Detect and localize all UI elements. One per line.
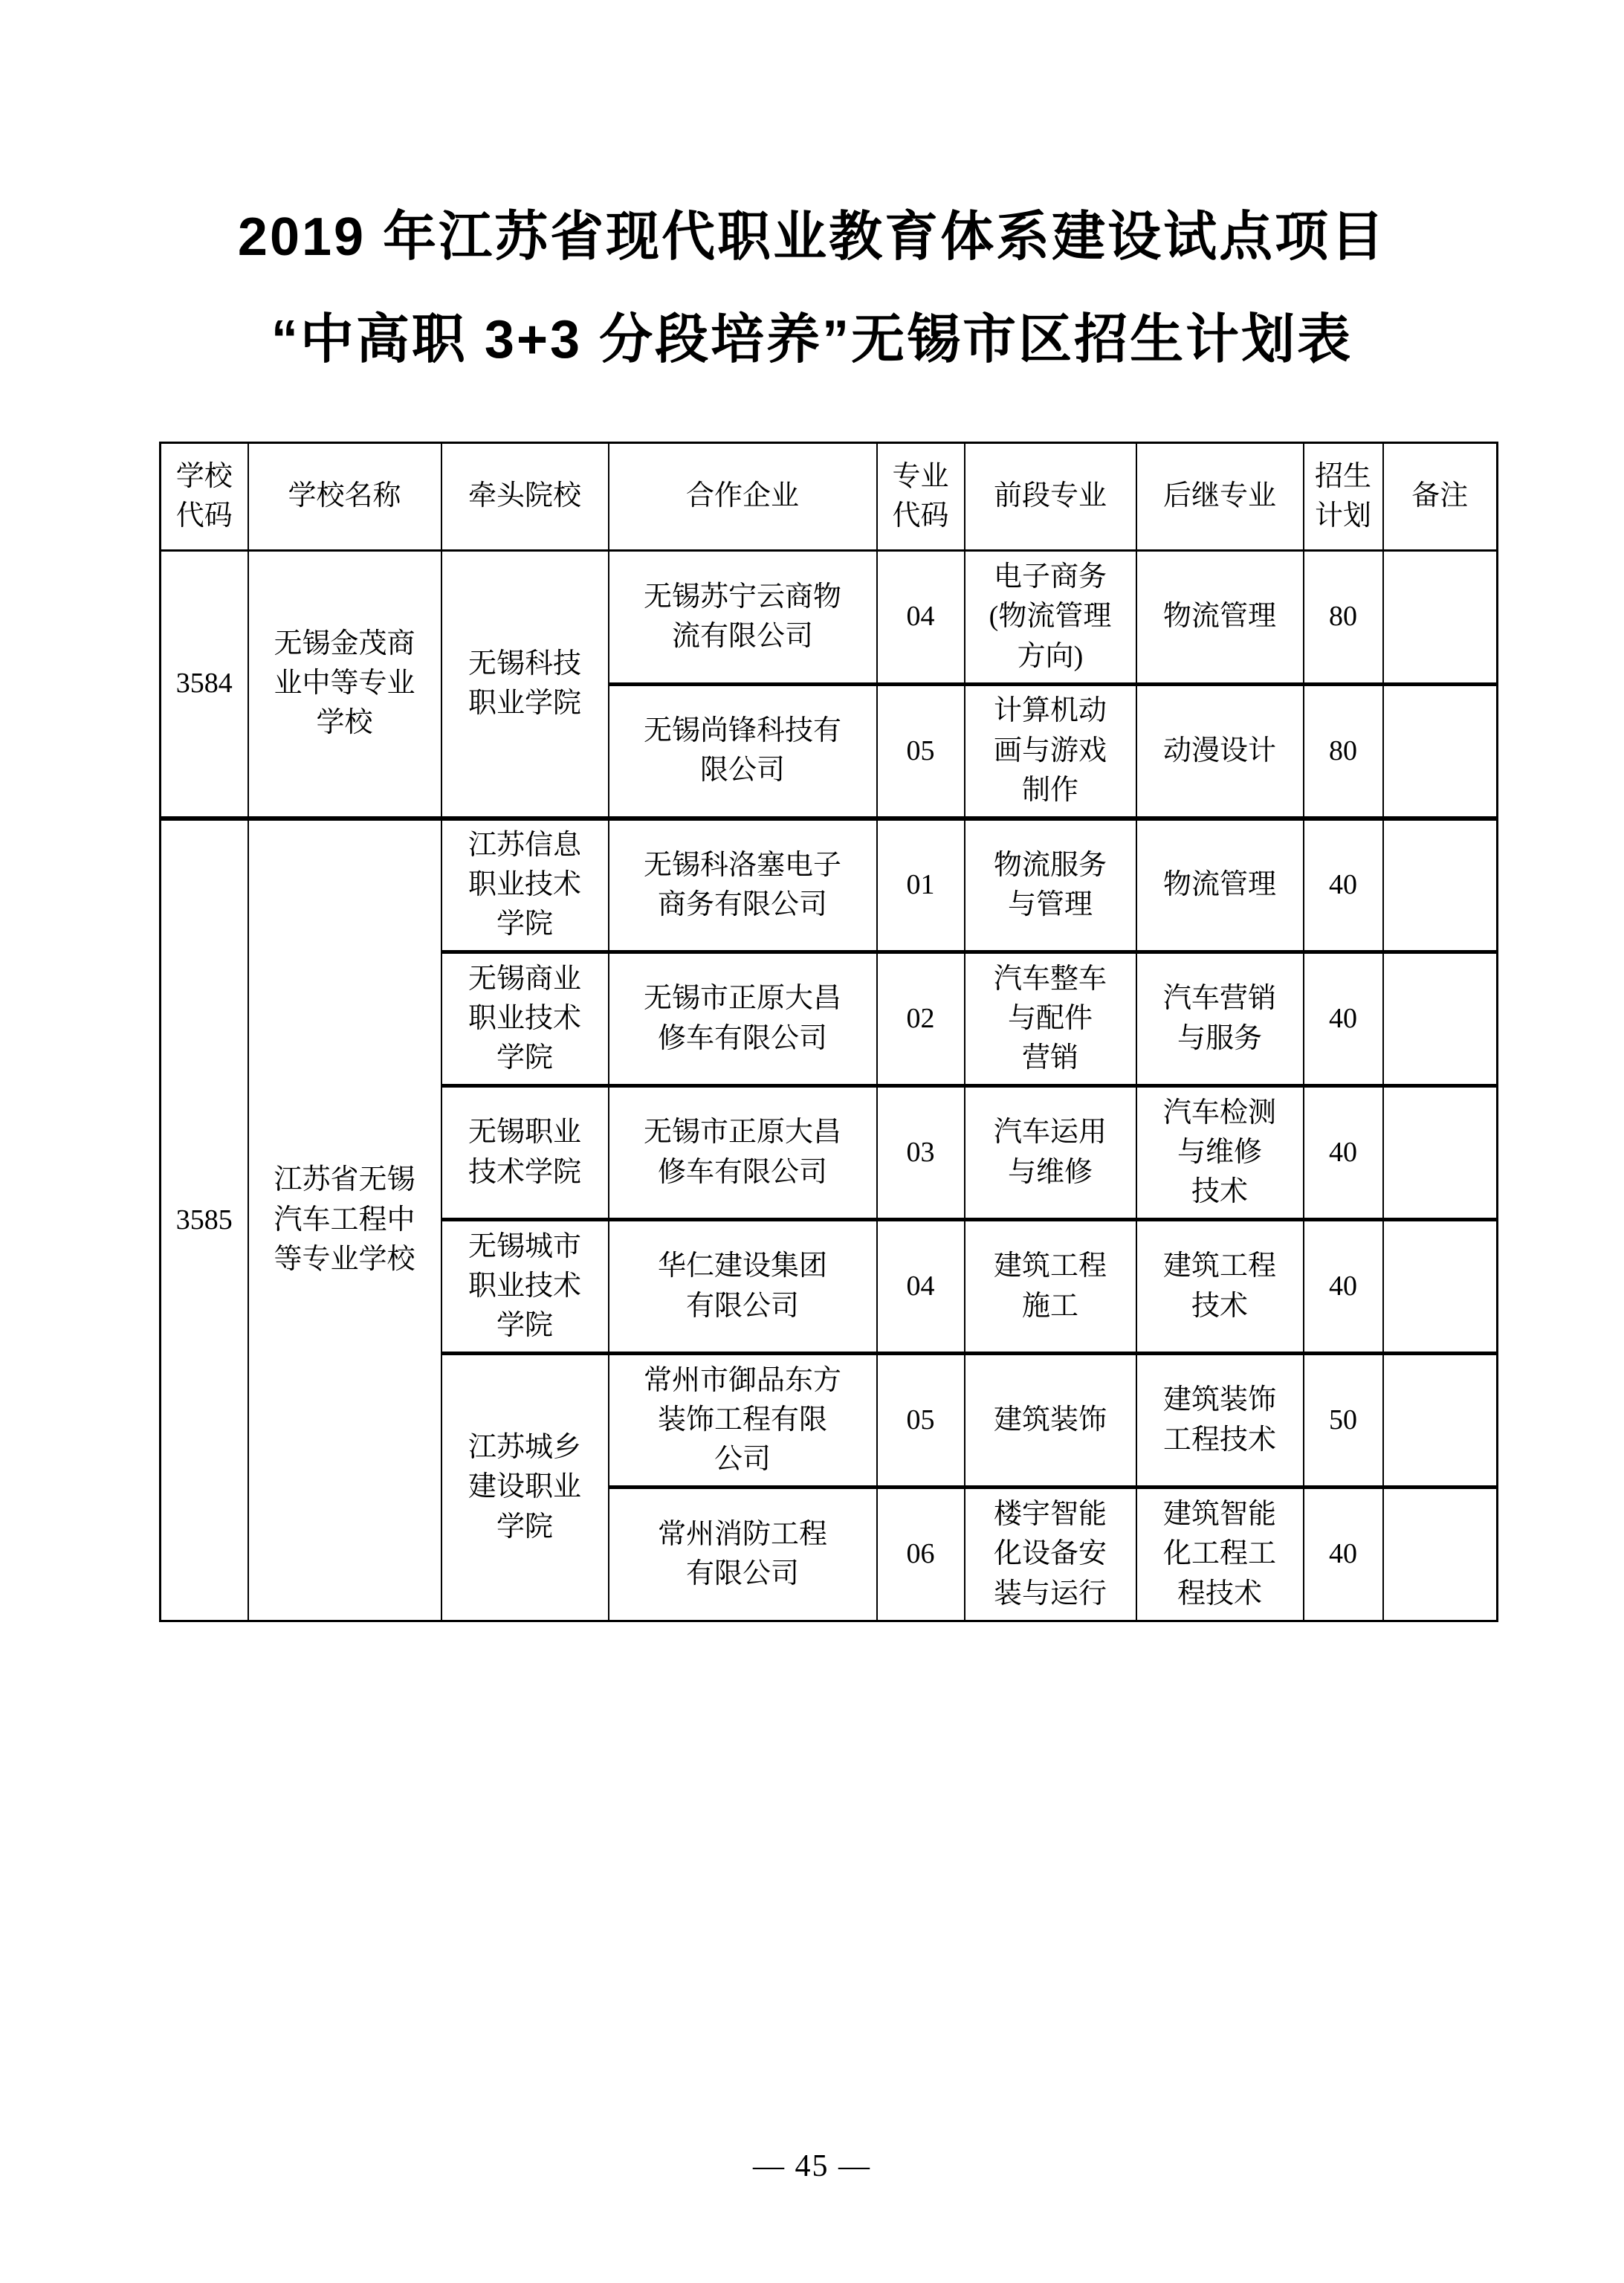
cell-major-code: 05	[877, 1354, 965, 1488]
cell-enroll-plan: 40	[1304, 952, 1383, 1086]
cell-partner-company: 常州消防工程 有限公司	[609, 1488, 877, 1621]
document-page: 2019 年江苏省现代职业教育体系建设试点项目 “中高职 3+3 分段培养”无锡…	[0, 0, 1624, 2283]
cell-partner-company: 常州市御品东方 装饰工程有限 公司	[609, 1354, 877, 1488]
cell-note	[1383, 1220, 1498, 1354]
cell-school-name: 无锡金茂商 业中等专业 学校	[248, 551, 441, 818]
page-title-line1: 2019 年江苏省现代职业教育体系建设试点项目	[0, 210, 1624, 266]
column-header-major-code: 专业 代码	[877, 443, 965, 551]
cell-note	[1383, 1086, 1498, 1220]
cell-lead-college: 无锡职业 技术学院	[441, 1086, 609, 1220]
cell-partner-company: 无锡苏宁云商物 流有限公司	[609, 551, 877, 685]
cell-partner-company: 无锡市正原大昌 修车有限公司	[609, 1086, 877, 1220]
column-header-front-major: 前段专业	[965, 443, 1136, 551]
cell-enroll-plan: 80	[1304, 685, 1383, 818]
cell-enroll-plan: 40	[1304, 1086, 1383, 1220]
cell-front-major: 楼宇智能 化设备安 装与运行	[965, 1488, 1136, 1621]
cell-major-code: 04	[877, 551, 965, 685]
cell-note	[1383, 551, 1498, 685]
enrollment-plan-table: 学校 代码 学校名称 牵头院校 合作企业 专业 代码 前段专业 后继专业 招生 …	[159, 442, 1498, 1622]
table-row-3584-major-04: 3584 无锡金茂商 业中等专业 学校 无锡科技 职业学院 无锡苏宁云商物 流有…	[161, 551, 1498, 685]
column-header-school-code: 学校 代码	[161, 443, 248, 551]
cell-front-major: 汽车整车 与配件 营销	[965, 952, 1136, 1086]
cell-major-code: 03	[877, 1086, 965, 1220]
cell-front-major: 建筑装饰	[965, 1354, 1136, 1488]
cell-school-code: 3585	[161, 818, 248, 1621]
cell-front-major: 建筑工程 施工	[965, 1220, 1136, 1354]
cell-next-major: 汽车检测 与维修 技术	[1136, 1086, 1304, 1220]
cell-major-code: 04	[877, 1220, 965, 1354]
cell-partner-company: 无锡市正原大昌 修车有限公司	[609, 952, 877, 1086]
cell-major-code: 06	[877, 1488, 965, 1621]
table-header-row: 学校 代码 学校名称 牵头院校 合作企业 专业 代码 前段专业 后继专业 招生 …	[161, 443, 1498, 551]
cell-partner-company: 无锡尚锋科技有 限公司	[609, 685, 877, 818]
page-number: — 45 —	[0, 2148, 1624, 2184]
cell-front-major: 物流服务 与管理	[965, 818, 1136, 952]
cell-front-major: 汽车运用 与维修	[965, 1086, 1136, 1220]
cell-lead-college: 江苏信息 职业技术 学院	[441, 818, 609, 952]
column-header-next-major: 后继专业	[1136, 443, 1304, 551]
cell-school-name: 江苏省无锡 汽车工程中 等专业学校	[248, 818, 441, 1621]
column-header-school-name: 学校名称	[248, 443, 441, 551]
cell-major-code: 02	[877, 952, 965, 1086]
column-header-enroll-plan: 招生 计划	[1304, 443, 1383, 551]
cell-next-major: 汽车营销 与服务	[1136, 952, 1304, 1086]
cell-lead-college: 无锡城市 职业技术 学院	[441, 1220, 609, 1354]
cell-next-major: 动漫设计	[1136, 685, 1304, 818]
cell-note	[1383, 1354, 1498, 1488]
cell-major-code: 01	[877, 818, 965, 952]
cell-next-major: 建筑装饰 工程技术	[1136, 1354, 1304, 1488]
cell-school-code: 3584	[161, 551, 248, 818]
cell-next-major: 建筑工程 技术	[1136, 1220, 1304, 1354]
column-header-note: 备注	[1383, 443, 1498, 551]
page-title-line2: “中高职 3+3 分段培养”无锡市区招生计划表	[0, 312, 1624, 369]
cell-lead-college: 无锡商业 职业技术 学院	[441, 952, 609, 1086]
column-header-partner-company: 合作企业	[609, 443, 877, 551]
cell-front-major: 电子商务 (物流管理 方向)	[965, 551, 1136, 685]
cell-front-major: 计算机动 画与游戏 制作	[965, 685, 1136, 818]
table-row-3585-major-01: 3585 江苏省无锡 汽车工程中 等专业学校 江苏信息 职业技术 学院 无锡科洛…	[161, 818, 1498, 952]
cell-enroll-plan: 40	[1304, 1220, 1383, 1354]
cell-partner-company: 华仁建设集团 有限公司	[609, 1220, 877, 1354]
column-header-lead-college: 牵头院校	[441, 443, 609, 551]
cell-enroll-plan: 50	[1304, 1354, 1383, 1488]
cell-note	[1383, 1488, 1498, 1621]
cell-next-major: 物流管理	[1136, 818, 1304, 952]
cell-enroll-plan: 40	[1304, 1488, 1383, 1621]
cell-next-major: 建筑智能 化工程工 程技术	[1136, 1488, 1304, 1621]
cell-note	[1383, 685, 1498, 818]
cell-lead-college: 江苏城乡 建设职业 学院	[441, 1354, 609, 1621]
cell-enroll-plan: 80	[1304, 551, 1383, 685]
cell-next-major: 物流管理	[1136, 551, 1304, 685]
cell-note	[1383, 952, 1498, 1086]
cell-lead-college: 无锡科技 职业学院	[441, 551, 609, 818]
cell-partner-company: 无锡科洛塞电子 商务有限公司	[609, 818, 877, 952]
cell-note	[1383, 818, 1498, 952]
cell-enroll-plan: 40	[1304, 818, 1383, 952]
cell-major-code: 05	[877, 685, 965, 818]
